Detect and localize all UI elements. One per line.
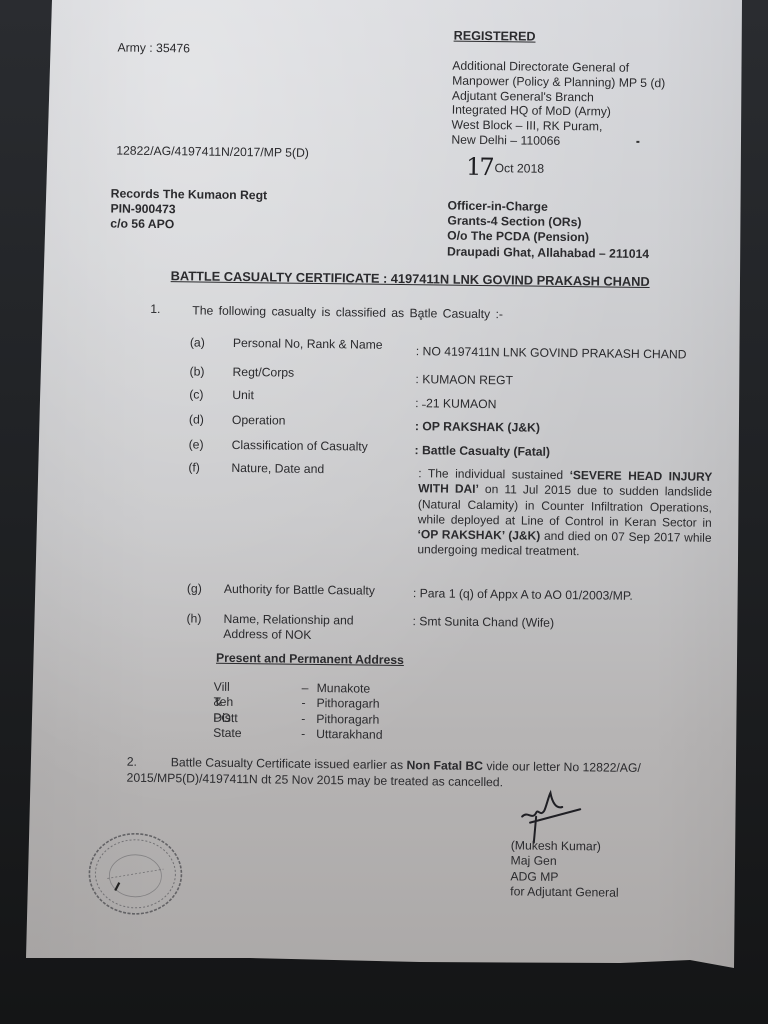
address-field: Teh <box>213 695 233 711</box>
ink-mark <box>636 141 639 143</box>
photo-scene: Army : 35476 REGISTERED Additional Direc… <box>0 0 768 1024</box>
officer-line: Draupadi Ghat, Allahabad – 211014 <box>447 244 649 262</box>
army-reference: Army : 35476 <box>117 41 190 56</box>
item-key: (h) <box>186 611 201 625</box>
date-month-year: Oct 2018 <box>495 161 545 176</box>
item-value: : NO 4197411N LNK GOVIND PRAKASH CHAND <box>416 344 687 361</box>
item-f-description: : The individual sustained ‘SEVERE HEAD … <box>417 466 712 561</box>
item-key: (g) <box>187 581 202 595</box>
signatory-block: (Mukesh Kumar) Maj Gen ADG MP for Adjuta… <box>510 838 619 901</box>
item-f-operation: ‘OP RAKSHAK’ (J&K) <box>417 527 540 542</box>
item-f-pre: : The individual sustained <box>418 466 569 482</box>
address-field: Distt <box>213 710 238 726</box>
address-dash: - <box>301 696 305 711</box>
item-b: (b) Regt/Corps : KUMAON REGT <box>2 362 768 371</box>
registered-label: REGISTERED <box>454 29 536 44</box>
item-h: (h) Name, Relationship and Address of NO… <box>0 609 767 618</box>
item-label: Personal No, Rank & Name <box>233 336 383 353</box>
para2-number: 2. <box>127 755 171 771</box>
address-value: Pithoragarh <box>316 712 379 728</box>
item-value: : Smt Sunita Chand (Wife) <box>412 614 554 630</box>
to-records-address: Records The Kumaon Regt PIN-900473 c/o 5… <box>110 186 267 234</box>
from-address: Additional Directorate General of Manpow… <box>451 59 665 150</box>
para1-intro: The following casualty is classified as … <box>192 303 503 321</box>
official-seal-icon <box>85 830 186 917</box>
to-officer-address: Officer-in-Charge Grants-4 Section (ORs)… <box>447 199 650 262</box>
item-key: (b) <box>189 364 204 378</box>
item-value: : Battle Casualty (Fatal) <box>415 443 551 459</box>
battle-casualty-letter: Army : 35476 REGISTERED Additional Direc… <box>0 0 768 1024</box>
signatory-designation: ADG MP <box>510 869 619 886</box>
item-value: : ˗21 KUMAON <box>415 396 496 411</box>
address-dash: - <box>301 711 305 726</box>
nok-address: Vill & PO – Munakote Teh - Pithoragarh D… <box>213 680 214 741</box>
item-key: (c) <box>189 387 203 401</box>
item-key: (e) <box>189 437 204 451</box>
para1-number: 1. <box>150 302 160 316</box>
para2-post: vide our letter No 12822/AG/ <box>483 759 641 775</box>
certificate-title: BATTLE CASUALTY CERTIFICATE : 4197411N L… <box>171 268 650 289</box>
item-label-line: Name, Relationship and <box>223 612 353 628</box>
item-c: (c) Unit : ˗21 KUMAON <box>1 385 768 394</box>
item-key: (a) <box>190 335 205 349</box>
records-line: c/o 56 APO <box>110 217 267 234</box>
address-value: Munakote <box>317 681 371 697</box>
para2-pre: Battle Casualty Certificate issued earli… <box>171 755 407 772</box>
item-label: Nature, Date and <box>231 461 324 477</box>
item-value: : KUMAON REGT <box>415 372 513 387</box>
item-d: (d) Operation : OP RAKSHAK (J&K) <box>1 410 768 419</box>
item-key: (d) <box>189 412 204 426</box>
item-label: Authority for Battle Casualty <box>224 582 375 599</box>
from-address-line: New Delhi – 110066 <box>451 133 664 150</box>
handwritten-day: 17 <box>466 153 493 181</box>
item-label: Classification of Casualty <box>232 438 368 455</box>
signatory-on-behalf: for Adjutant General <box>510 884 619 901</box>
item-label-line: Address of NOK <box>223 627 311 642</box>
signatory-name: (Mukesh Kumar) <box>511 838 620 855</box>
item-value: : OP RAKSHAK (J&K) <box>415 419 540 435</box>
item-a: (a) Personal No, Rank & Name : NO 419741… <box>2 333 768 342</box>
item-value: : Para 1 (q) of Appx A to AO 01/2003/MP. <box>413 586 633 603</box>
letter-number: 12822/AG/4197411N/2017/MP 5(D) <box>116 144 309 160</box>
address-title: Present and Permanent Address <box>216 651 404 667</box>
para2-bold: Non Fatal BC <box>406 758 483 773</box>
item-label: Operation <box>232 413 286 429</box>
item-e: (e) Classification of Casualty : Battle … <box>1 435 768 444</box>
item-label: Name, Relationship and Address of NOK <box>223 612 353 644</box>
address-value: Uttarakhand <box>316 727 383 743</box>
address-value: Pithoragarh <box>316 696 379 712</box>
item-label: Regt/Corps <box>232 365 294 381</box>
item-f: (f) Nature, Date and <box>0 458 768 467</box>
item-label: Unit <box>232 388 254 403</box>
address-dash: – <box>302 681 309 696</box>
letter-date: 17Oct 2018 <box>466 153 544 182</box>
item-g: (g) Authority for Battle Casualty : Para… <box>0 579 767 588</box>
address-field: State <box>213 726 242 742</box>
address-dash: - <box>301 727 305 742</box>
item-key: (f) <box>188 460 200 474</box>
signatory-rank: Maj Gen <box>511 854 620 871</box>
